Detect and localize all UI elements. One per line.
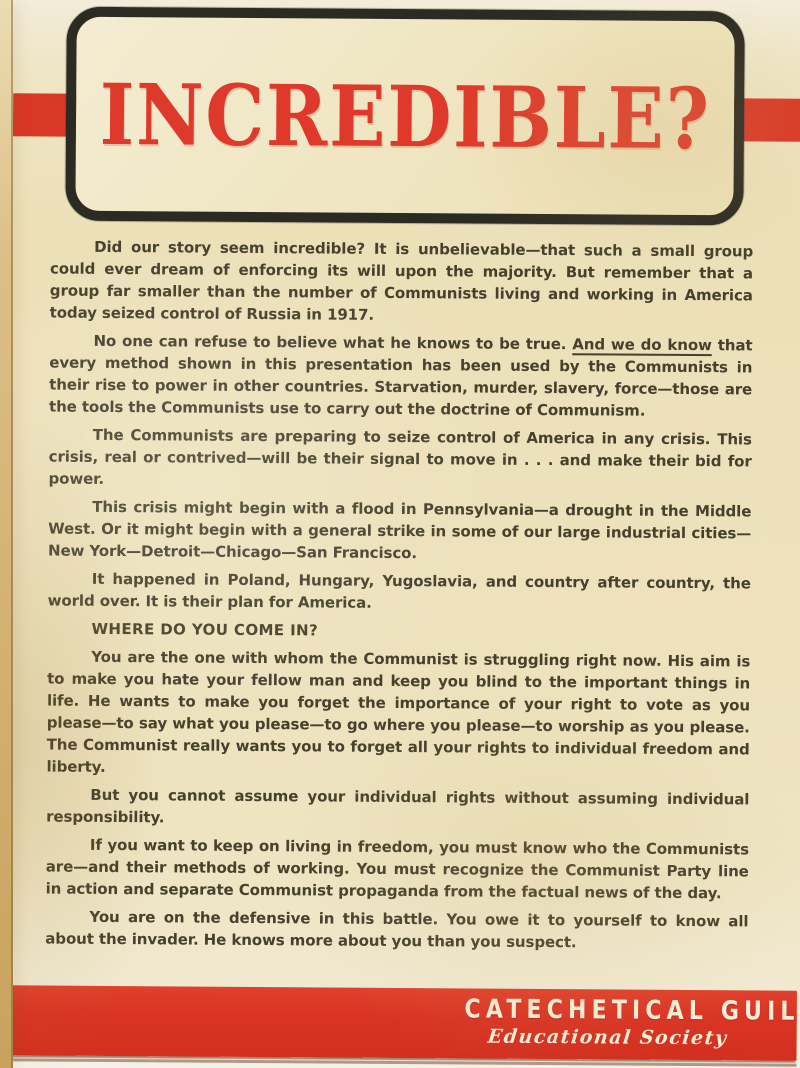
paragraph: It happened in Poland, Hungary, Yugoslav…	[48, 568, 751, 617]
paragraph: Did our story seem incredible? It is unb…	[50, 236, 754, 329]
paragraph-text: No one can refuse to believe what he kno…	[93, 332, 572, 353]
publisher-subtitle: Educational Society	[431, 1025, 783, 1049]
headline-box: INCREDIBLE?	[65, 7, 744, 226]
section-heading: WHERE DO YOU COME IN?	[47, 618, 750, 645]
body-text: Did our story seem incredible? It is unb…	[45, 236, 753, 961]
scanned-content: INCREDIBLE? Did our story seem incredibl…	[0, 0, 800, 1068]
underlined-phrase: And we do know	[572, 335, 712, 354]
paragraph: If you want to keep on living in freedom…	[46, 834, 749, 905]
page-binding-edge	[0, 0, 13, 1068]
publisher-name: CATECHETICAL GUILD	[464, 994, 800, 1027]
pamphlet-page: INCREDIBLE? Did our story seem incredibl…	[0, 0, 800, 1068]
paragraph: No one can refuse to believe what he kno…	[49, 330, 753, 423]
paragraph: You are on the defensive in this battle.…	[45, 906, 748, 955]
paragraph: But you cannot assume your individual ri…	[46, 784, 749, 833]
paragraph: The Communists are preparing to seize co…	[48, 424, 751, 495]
paragraph: This crisis might begin with a flood in …	[48, 496, 751, 567]
headline-text: INCREDIBLE?	[99, 64, 711, 167]
paragraph: You are the one with whom the Communist …	[46, 646, 750, 783]
publisher-block: CATECHETICAL GUILD Educational Society	[433, 994, 783, 1049]
